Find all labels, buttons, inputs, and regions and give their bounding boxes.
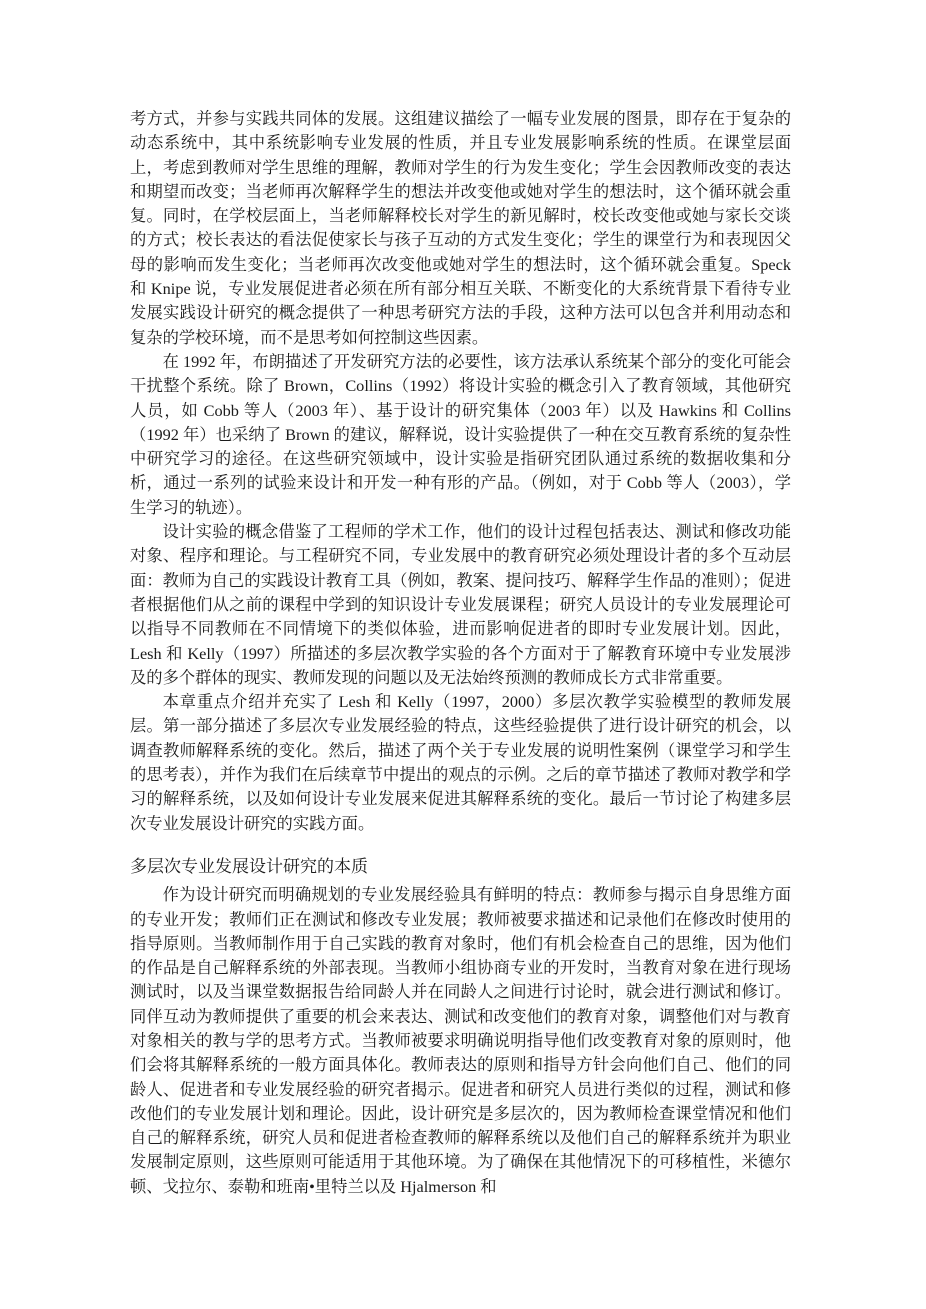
section-heading: 多层次专业发展设计研究的本质: [130, 855, 791, 879]
paragraph-design-research-1992: 在 1992 年，布朗描述了开发研究方法的必要性，该方法承认系统某个部分的变化可…: [130, 350, 791, 520]
paragraph-chapter-overview: 本章重点介绍并充实了 Lesh 和 Kelly（1997，2000）多层次教学实…: [130, 690, 791, 836]
paragraph-design-experiment-concept: 设计实验的概念借鉴了工程师的学术工作，他们的设计过程包括表达、测试和修改功能对象…: [130, 520, 791, 690]
paragraph-continued-from-previous-page: 考方式，并参与实践共同体的发展。这组建议描绘了一幅专业发展的图景，即存在于复杂的…: [130, 107, 791, 350]
paragraph-nature-of-design-research: 作为设计研究而明确规划的专业发展经验具有鲜明的特点：教师参与揭示自身思维方面的专…: [130, 883, 791, 1199]
document-page: 考方式，并参与实践共同体的发展。这组建议描绘了一幅专业发展的图景，即存在于复杂的…: [130, 107, 791, 1199]
